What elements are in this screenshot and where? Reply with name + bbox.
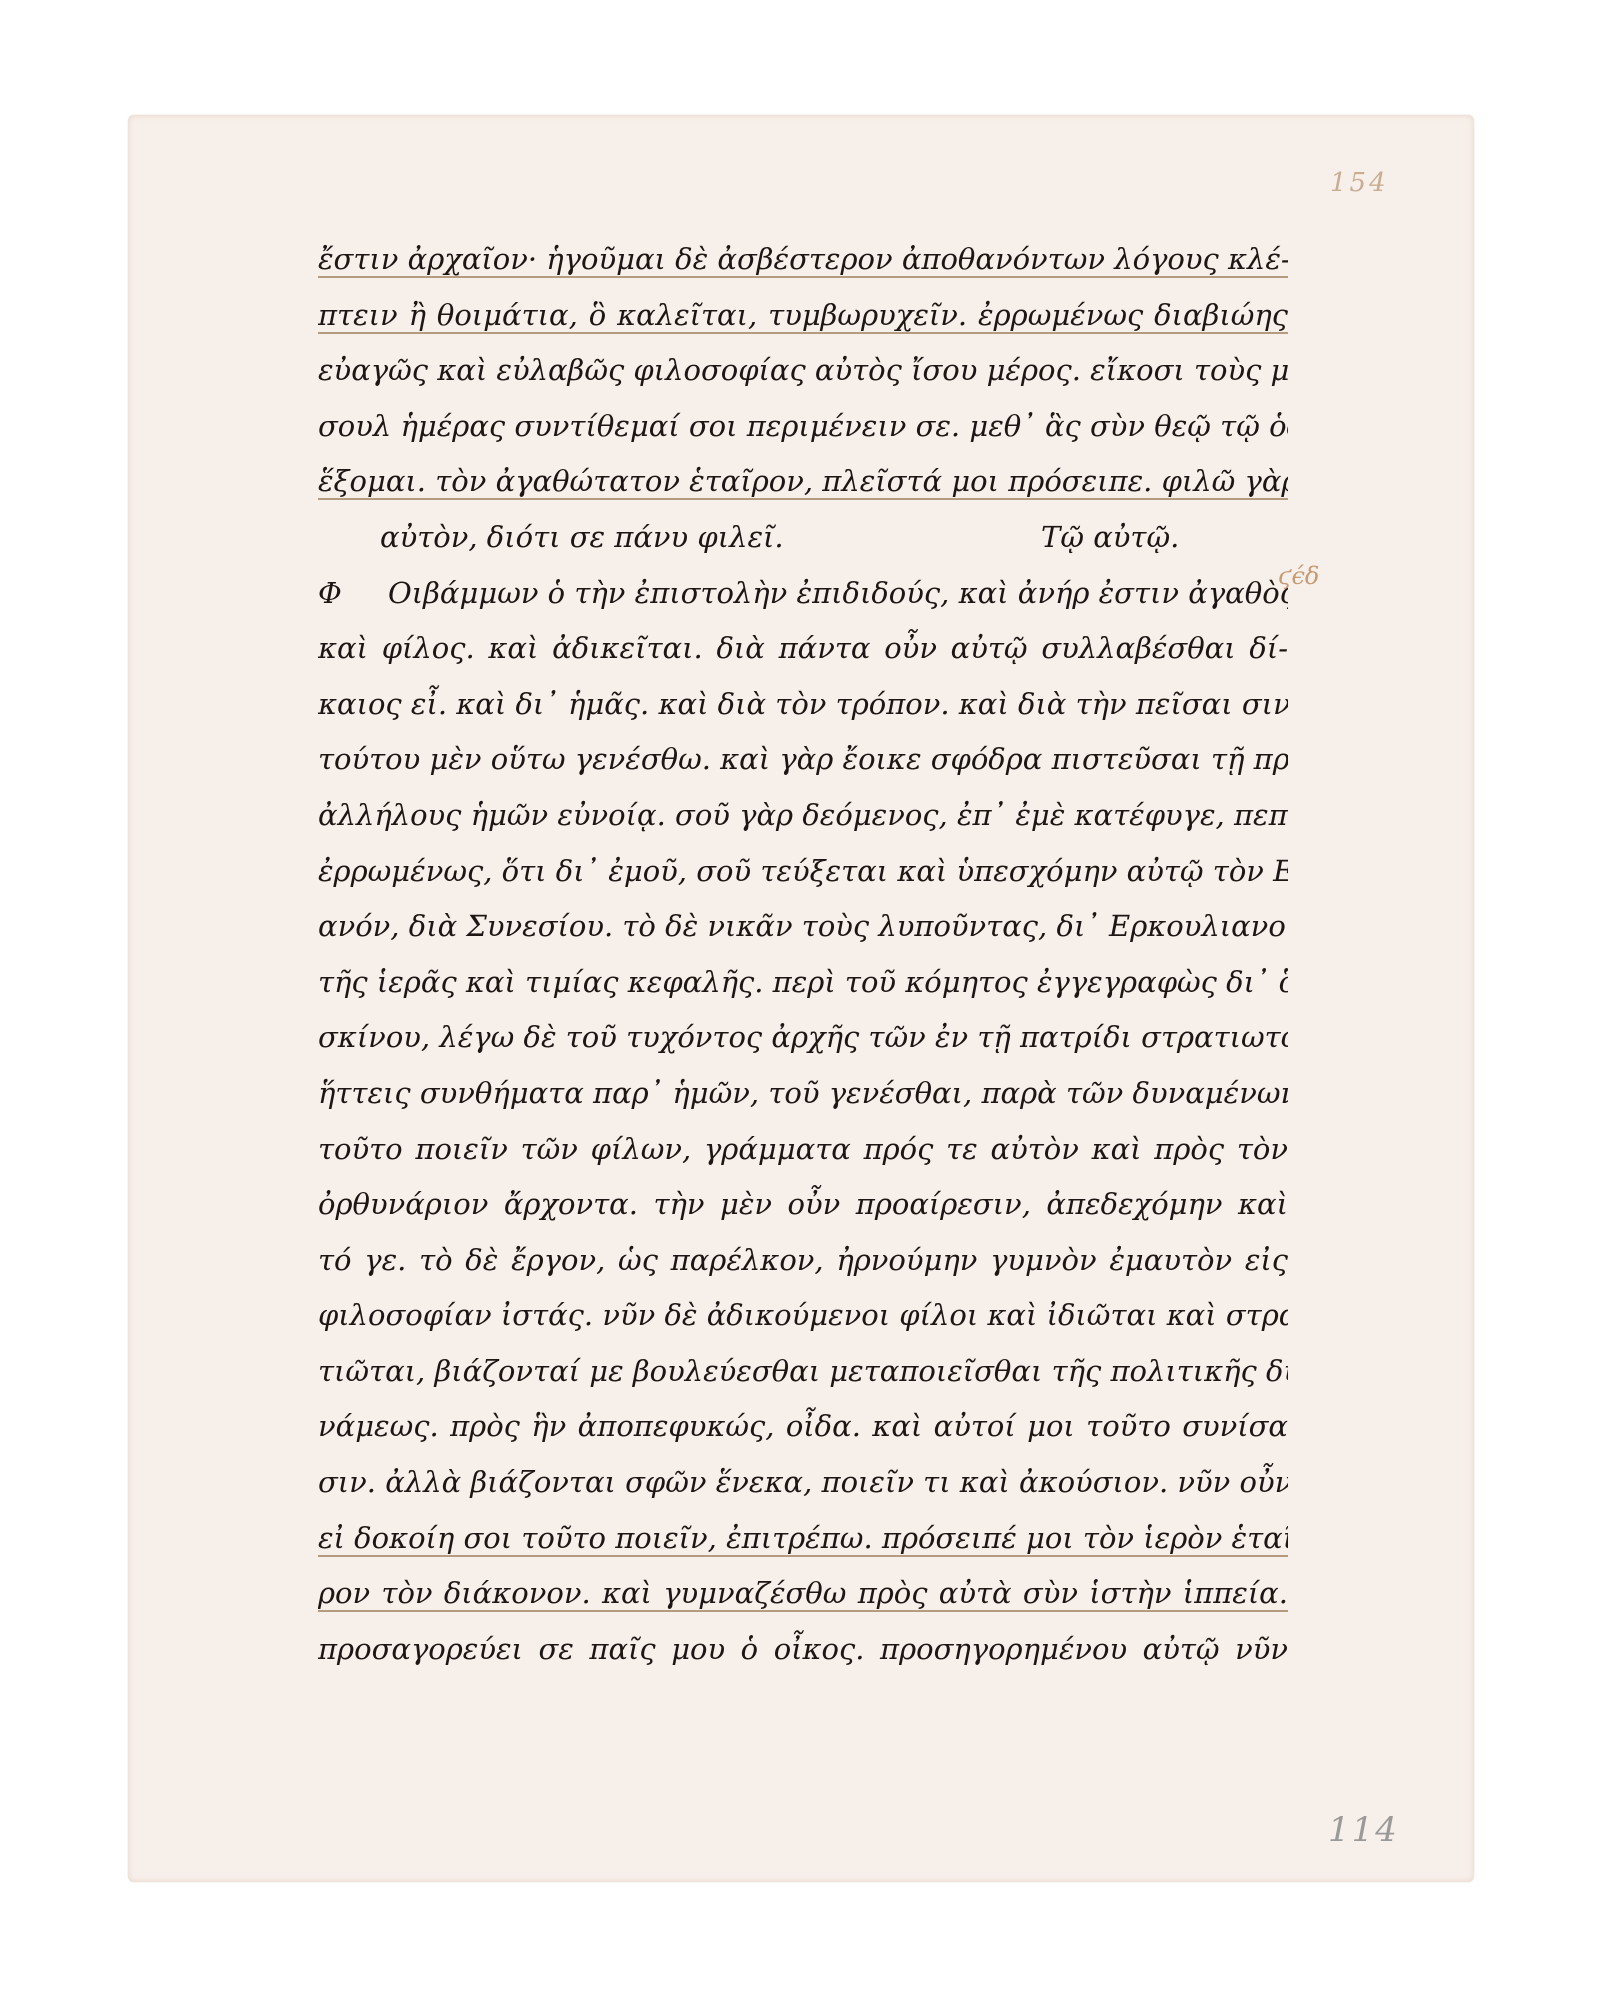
closing-line: αὐτὸν, διότι σε πάνυ φιλεῖ. — [380, 510, 784, 566]
text-line: ὀρθυνάριον ἄρχοντα. τὴν μὲν οὖν προαίρεσ… — [318, 1177, 1288, 1233]
text-line: τιῶται, βιάζονταί με βουλεύεσθαι μεταποι… — [318, 1344, 1288, 1400]
text-line: ἕξομαι. τὸν ἀγαθώτατον ἑταῖρον, πλεῖστά … — [318, 454, 1288, 510]
text-line: προσαγορεύει σε παῖς μου ὁ οἶκος. προσηγ… — [318, 1622, 1288, 1678]
text-line: ἐρρωμένως, ὅτι δι᾽ ἐμοῦ, σοῦ τεύξεται κα… — [318, 844, 1288, 900]
letter-heading: Τῷ αὐτῷ. — [1041, 510, 1179, 566]
text-line: τό γε. τὸ δὲ ἔργον, ὡς παρέλκον, ἠρνούμη… — [318, 1233, 1288, 1289]
text-line-initial: ΦΟιβάμμων ὁ τὴν ἐπιστολὴν ἐπιδιδούς, καὶ… — [318, 566, 1288, 622]
text-line: καιος εἶ. καὶ δι᾽ ἡμᾶς. καὶ διὰ τὸν τρόπ… — [318, 677, 1288, 733]
text-line: καὶ φίλος. καὶ ἀδικεῖται. διὰ πάντα οὖν … — [318, 621, 1288, 677]
manuscript-text: ἔστιν ἀρχαῖον· ἡγοῦμαι δὲ ἀσβέστερον ἀπο… — [318, 232, 1288, 1677]
folio-number-top: 154 — [1330, 168, 1389, 198]
text-line: τούτου μὲν οὕτω γενέσθω. καὶ γὰρ ἔοικε σ… — [318, 732, 1288, 788]
text-line: ἔστιν ἀρχαῖον· ἡγοῦμαι δὲ ἀσβέστερον ἀπο… — [318, 232, 1288, 288]
text-line: τῆς ἱερᾶς καὶ τιμίας κεφαλῆς. περὶ τοῦ κ… — [318, 955, 1288, 1011]
text-line: σιν. ἀλλὰ βιάζονται σφῶν ἕνεκα, ποιεῖν τ… — [318, 1455, 1288, 1511]
text-line: τοῦτο ποιεῖν τῶν φίλων, γράμματα πρός τε… — [318, 1122, 1288, 1178]
letter-closing-and-heading: αὐτὸν, διότι σε πάνυ φιλεῖ. Τῷ αὐτῷ. — [318, 510, 1288, 566]
initial-letter: Φ — [318, 566, 388, 622]
text-line: σουλ ἡμέρας συντίθεμαί σοι περιμένειν σε… — [318, 399, 1288, 455]
text-line: εὐαγῶς καὶ εὐλαβῶς φιλοσοφίας αὐτὸς ἴσου… — [318, 343, 1288, 399]
text-line: ἀλλήλους ἡμῶν εὐνοίᾳ. σοῦ γὰρ δεόμενος, … — [318, 788, 1288, 844]
text-line: πτειν ἢ θοιμάτια, ὃ καλεῖται, τυμβωρυχεῖ… — [318, 288, 1288, 344]
text-line: ανόν, διὰ Συνεσίου. τὸ δὲ νικᾶν τοὺς λυπ… — [318, 899, 1288, 955]
text-line: φιλοσοφίαν ἰστάς. νῦν δὲ ἀδικούμενοι φίλ… — [318, 1288, 1288, 1344]
text-line: ρον τὸν διάκονον. καὶ γυμναζέσθω πρὸς αὐ… — [318, 1566, 1288, 1622]
text-line: ἥττεις συνθήματα παρ᾽ ἡμῶν, τοῦ γενέσθαι… — [318, 1066, 1288, 1122]
text-line: σκίνου, λέγω δὲ τοῦ τυχόντος ἀρχῆς τῶν ἐ… — [318, 1010, 1288, 1066]
text-line: εἰ δοκοίη σοι τοῦτο ποιεῖν, ἐπιτρέπω. πρ… — [318, 1511, 1288, 1567]
folio-number-bottom: 114 — [1328, 1810, 1399, 1850]
text-line: νάμεως. πρὸς ἣν ἀποπεφυκώς, οἶδα. καὶ αὐ… — [318, 1399, 1288, 1455]
